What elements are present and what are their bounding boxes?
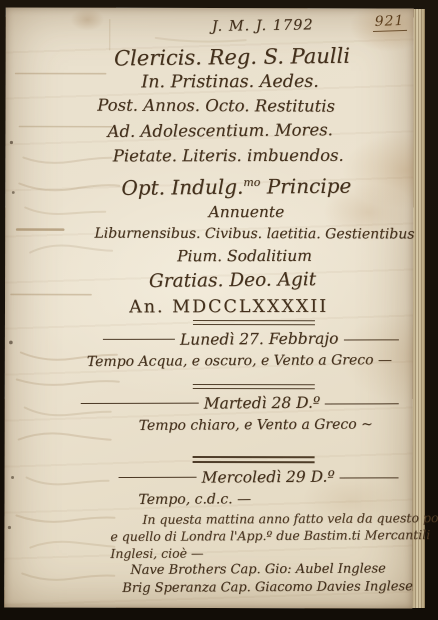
header-inscription: J. M. J. 1792 <box>212 17 314 35</box>
diary-entry-monday: Lunedì 27. Febbrajo Tempo Acqua, e oscur… <box>81 320 399 373</box>
rule-dash <box>103 338 175 339</box>
title-line: Pium. Sodalitium <box>83 244 405 267</box>
divider-line <box>193 320 315 321</box>
ship-departure-line: Brig Speranza Cap. Giacomo Davies Ingles… <box>122 578 398 598</box>
weather-line: Tempo Acqua, e oscuro, e Vento a Greco — <box>87 349 399 373</box>
title-line: Pietate. Literis. imbuendos. <box>67 143 389 169</box>
title-line-suffix: Principe <box>260 174 351 199</box>
title-line-prefix: Opt. Indulg. <box>121 175 243 200</box>
weather-line: Tempo, c.d.c. — <box>138 487 398 511</box>
title-block: Clericis. Reg. S. Paulli In. Pristinas. … <box>79 44 402 321</box>
title-line: In. Pristinas. Aedes. <box>69 70 391 95</box>
entry-date-text: Martedì 28 D.º <box>199 394 326 413</box>
title-line: Ad. Adolescentium. Mores. <box>59 117 381 145</box>
divider-line <box>193 461 315 463</box>
diary-entry-tuesday: Martedì 28 D.º Tempo chiaro, e Vento a G… <box>81 384 399 437</box>
title-line: Liburnensibus. Civibus. laetitia. Gestie… <box>93 222 415 245</box>
title-line-indulgentissimo: Opt. Indulg.mo Principe <box>75 167 397 204</box>
entry-date-text: Mercoledì 29 D.º <box>196 468 339 487</box>
entry-date-heading: Lunedì 27. Febbrajo <box>81 328 399 351</box>
title-line: Clericis. Reg. S. Paulli <box>71 42 393 72</box>
rule-dash <box>119 476 197 477</box>
weather-line: Tempo chiaro, e Vento a Greco ~ <box>139 413 399 437</box>
divider-line <box>193 384 315 385</box>
title-line: Post. Annos. Octo. Restitutis <box>55 93 377 118</box>
ship-departure-line: Nave Brothers Cap. Gio: Aubel Inglese <box>130 560 398 580</box>
rule-dash <box>340 477 399 478</box>
section-divider <box>81 456 399 464</box>
folio-number: 921 <box>373 13 407 32</box>
rule-dash <box>81 402 199 403</box>
diary-entries: Lunedì 27. Febbrajo Tempo Acqua, e oscur… <box>80 320 399 598</box>
title-line: Annuente <box>85 201 407 223</box>
entry-date-text: Lunedì 27. Febbrajo <box>175 329 344 348</box>
entry-note-line: In questa mattina anno fatto vela da que… <box>142 509 398 528</box>
entry-date-heading: Martedì 28 D.º <box>81 392 399 415</box>
entry-note-line: e quello di Londra l'App.º due Bastim.ti… <box>110 526 398 545</box>
rule-dash <box>325 403 399 404</box>
entry-note-line: Inglesi, cioè — <box>110 543 398 562</box>
title-line: Gratias. Deo. Agit <box>71 265 393 296</box>
divider-line <box>193 388 315 389</box>
title-line-year: An. MDCCLXXXXII <box>68 293 390 321</box>
manuscript-photo: J. M. J. 1792 921 Clericis. Reg. S. Paul… <box>0 0 438 620</box>
manuscript-page: J. M. J. 1792 921 Clericis. Reg. S. Paul… <box>4 7 414 608</box>
section-divider <box>81 320 399 326</box>
rule-dash <box>343 339 398 340</box>
superscript-mo: mo <box>243 176 260 189</box>
entry-date-heading: Mercoledì 29 D.º <box>81 466 399 489</box>
divider-line <box>193 324 315 325</box>
diary-entry-wednesday: Mercoledì 29 D.º Tempo, c.d.c. — In ques… <box>80 456 398 598</box>
divider-line <box>193 456 315 458</box>
section-divider <box>81 384 399 390</box>
